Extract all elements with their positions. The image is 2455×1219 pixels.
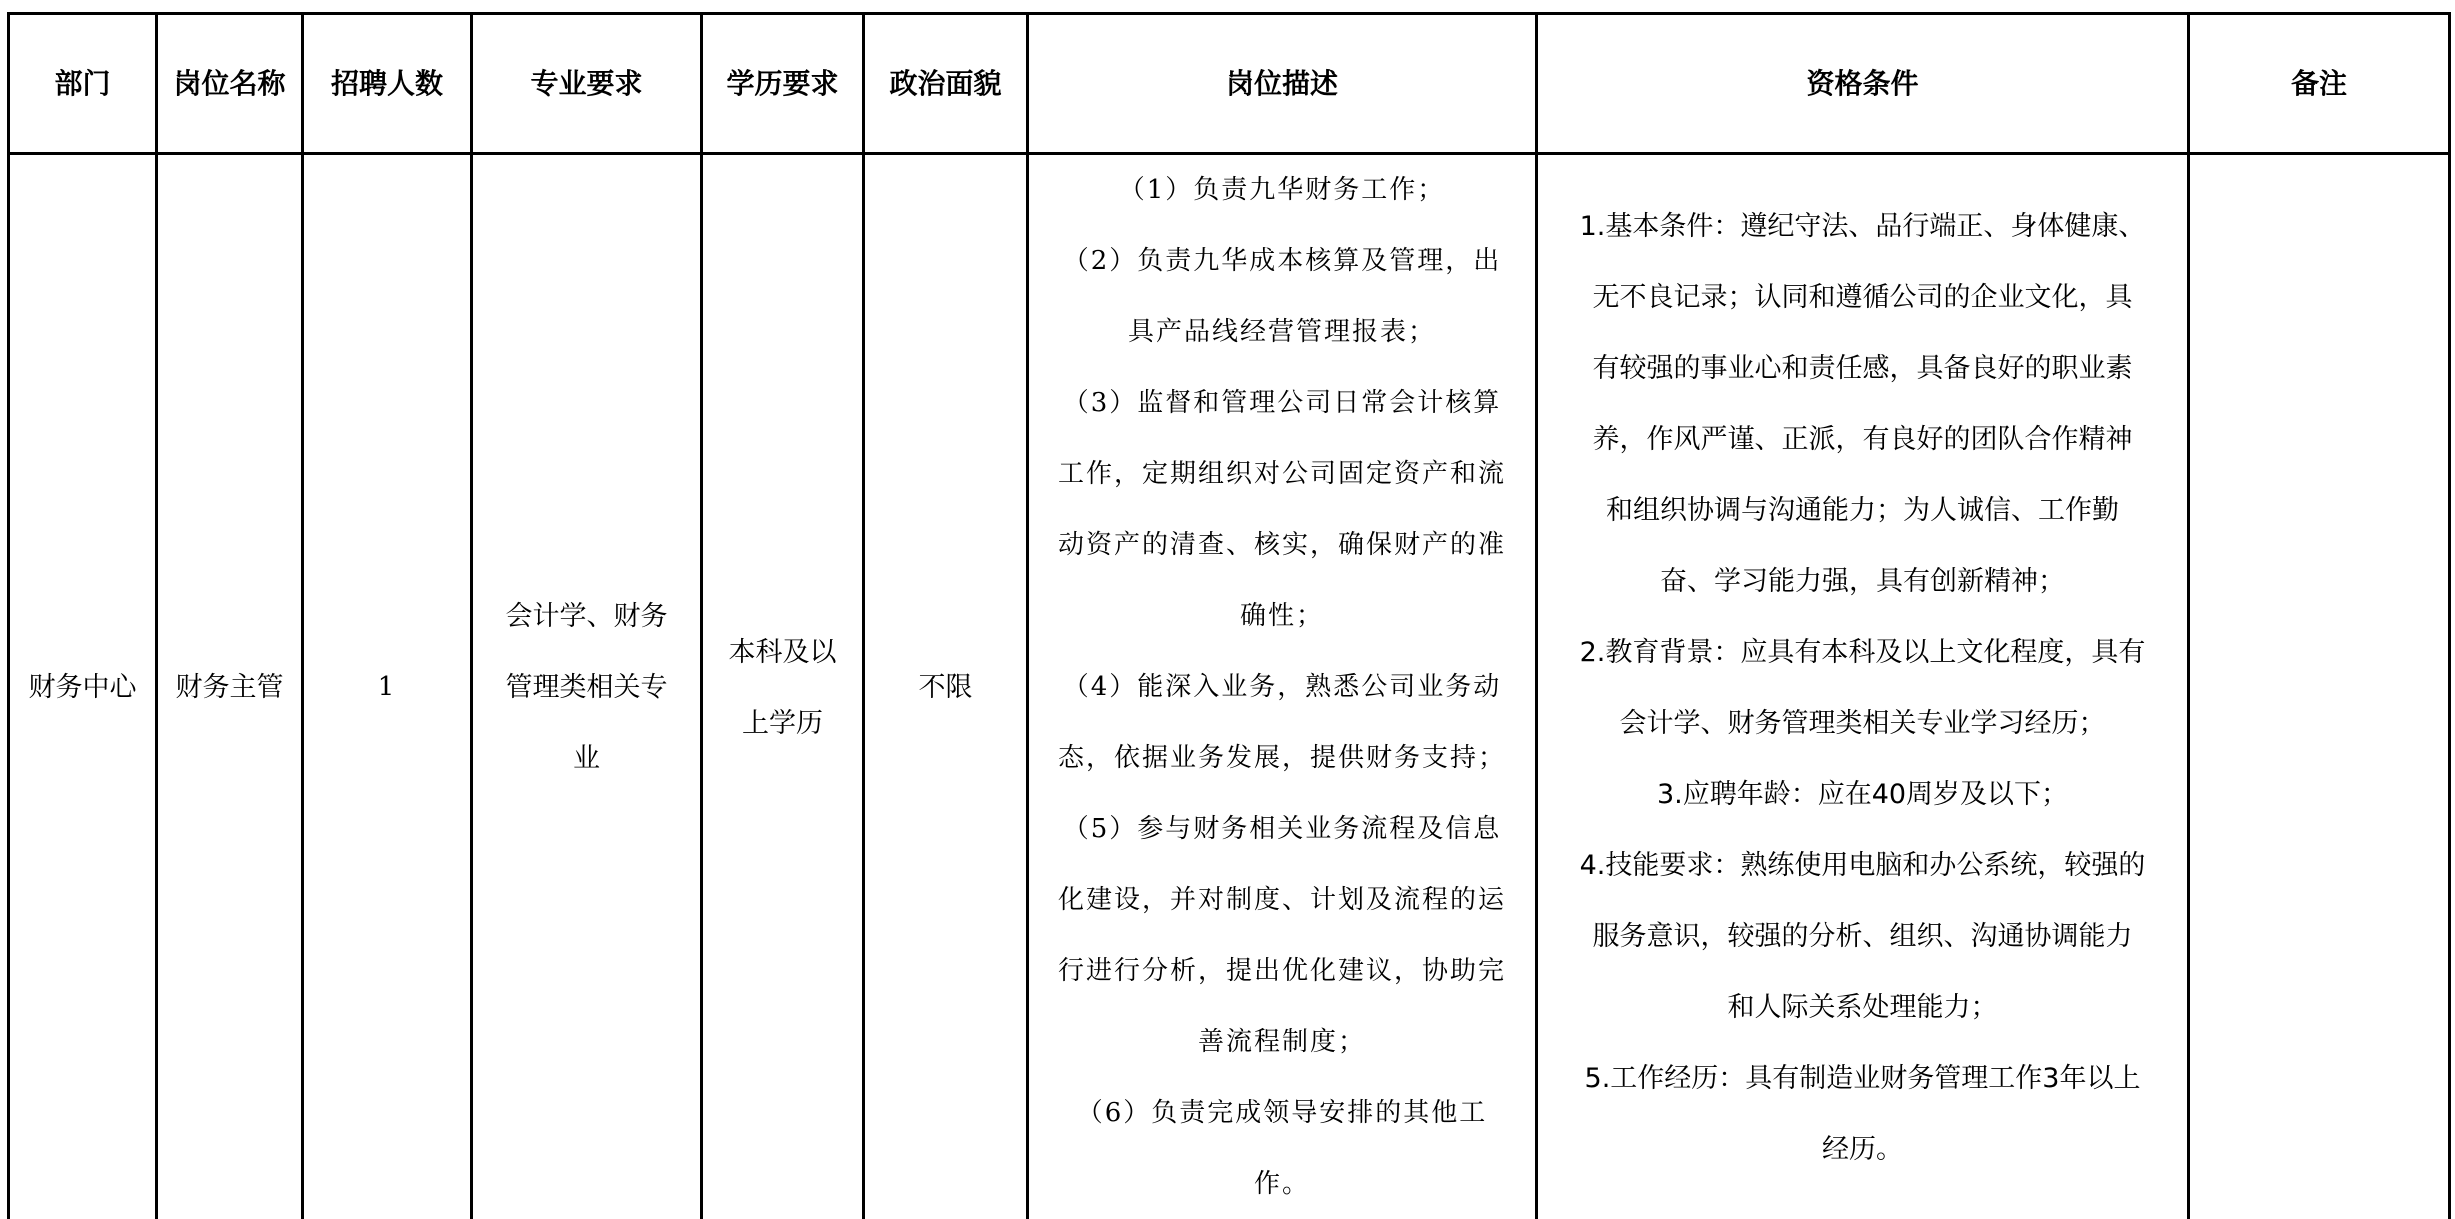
header-row: 部门 岗位名称 招聘人数 专业要求 学历要求 政治面貌 岗位描述 资格条件 备注 xyxy=(9,14,2450,154)
qualification-line: 5.工作经历：具有制造业财务管理工作3年以上 xyxy=(1552,1043,2173,1114)
qualification-line: 和人际关系处理能力； xyxy=(1552,972,2173,1043)
cell-major: 会计学、财务管理类相关专业 xyxy=(472,154,702,1219)
header-remarks: 备注 xyxy=(2189,14,2450,154)
qualification-line: 服务意识，较强的分析、组织、沟通协调能力 xyxy=(1552,901,2173,972)
qualification-line: 经历。 xyxy=(1552,1114,2173,1185)
qualification-line: 养，作风严谨、正派，有良好的团队合作精神 xyxy=(1552,404,2173,475)
job-posting-table: 部门 岗位名称 招聘人数 专业要求 学历要求 政治面貌 岗位描述 资格条件 备注… xyxy=(7,12,2451,1219)
description-line: 具产品线经营管理报表； xyxy=(1043,297,1521,368)
description-line: 化建设，并对制度、计划及流程的运 xyxy=(1043,865,1521,936)
qualification-line: 1.基本条件：遵纪守法、品行端正、身体健康、 xyxy=(1552,191,2173,262)
description-line: （6）负责完成领导安排的其他工 xyxy=(1043,1078,1521,1149)
table-row: 财务中心 财务主管 1 会计学、财务管理类相关专业 本科及以上学历 不限 （1）… xyxy=(9,154,2450,1219)
header-position: 岗位名称 xyxy=(157,14,303,154)
description-line: （5）参与财务相关业务流程及信息 xyxy=(1043,794,1521,865)
description-line: （1）负责九华财务工作； xyxy=(1043,155,1521,226)
qualification-line: 4.技能要求：熟练使用电脑和办公系统，较强的 xyxy=(1552,830,2173,901)
description-line: 确性； xyxy=(1043,581,1521,652)
description-line: （2）负责九华成本核算及管理，出 xyxy=(1043,226,1521,297)
qualification-line: 3.应聘年龄：应在40周岁及以下； xyxy=(1552,759,2173,830)
cell-position: 财务主管 xyxy=(157,154,303,1219)
description-line: 行进行分析，提出优化建议，协助完 xyxy=(1043,936,1521,1007)
cell-description: （1）负责九华财务工作； （2）负责九华成本核算及管理，出 具产品线经营管理报表… xyxy=(1028,154,1537,1219)
qualification-line: 会计学、财务管理类相关专业学习经历； xyxy=(1552,688,2173,759)
qualification-line: 奋、学习能力强，具有创新精神； xyxy=(1552,546,2173,617)
qualification-line: 和组织协调与沟通能力；为人诚信、工作勤 xyxy=(1552,475,2173,546)
description-line: 动资产的清查、核实，确保财产的准 xyxy=(1043,510,1521,581)
header-education: 学历要求 xyxy=(702,14,864,154)
description-line: （3）监督和管理公司日常会计核算 xyxy=(1043,368,1521,439)
qualification-line: 2.教育背景：应具有本科及以上文化程度，具有 xyxy=(1552,617,2173,688)
header-description: 岗位描述 xyxy=(1028,14,1537,154)
description-line: 善流程制度； xyxy=(1043,1007,1521,1078)
cell-headcount: 1 xyxy=(303,154,472,1219)
header-major: 专业要求 xyxy=(472,14,702,154)
header-political: 政治面貌 xyxy=(864,14,1028,154)
cell-qualifications: 1.基本条件：遵纪守法、品行端正、身体健康、 无不良记录；认同和遵循公司的企业文… xyxy=(1537,154,2189,1219)
header-qualifications: 资格条件 xyxy=(1537,14,2189,154)
cell-remarks xyxy=(2189,154,2450,1219)
cell-department: 财务中心 xyxy=(9,154,157,1219)
header-department: 部门 xyxy=(9,14,157,154)
description-line: （4）能深入业务，熟悉公司业务动 xyxy=(1043,652,1521,723)
header-headcount: 招聘人数 xyxy=(303,14,472,154)
qualification-line: 无不良记录；认同和遵循公司的企业文化，具 xyxy=(1552,262,2173,333)
description-line: 工作，定期组织对公司固定资产和流 xyxy=(1043,439,1521,510)
cell-education: 本科及以上学历 xyxy=(702,154,864,1219)
cell-political: 不限 xyxy=(864,154,1028,1219)
description-line: 作。 xyxy=(1043,1149,1521,1219)
qualification-line: 有较强的事业心和责任感，具备良好的职业素 xyxy=(1552,333,2173,404)
description-line: 态，依据业务发展，提供财务支持； xyxy=(1043,723,1521,794)
